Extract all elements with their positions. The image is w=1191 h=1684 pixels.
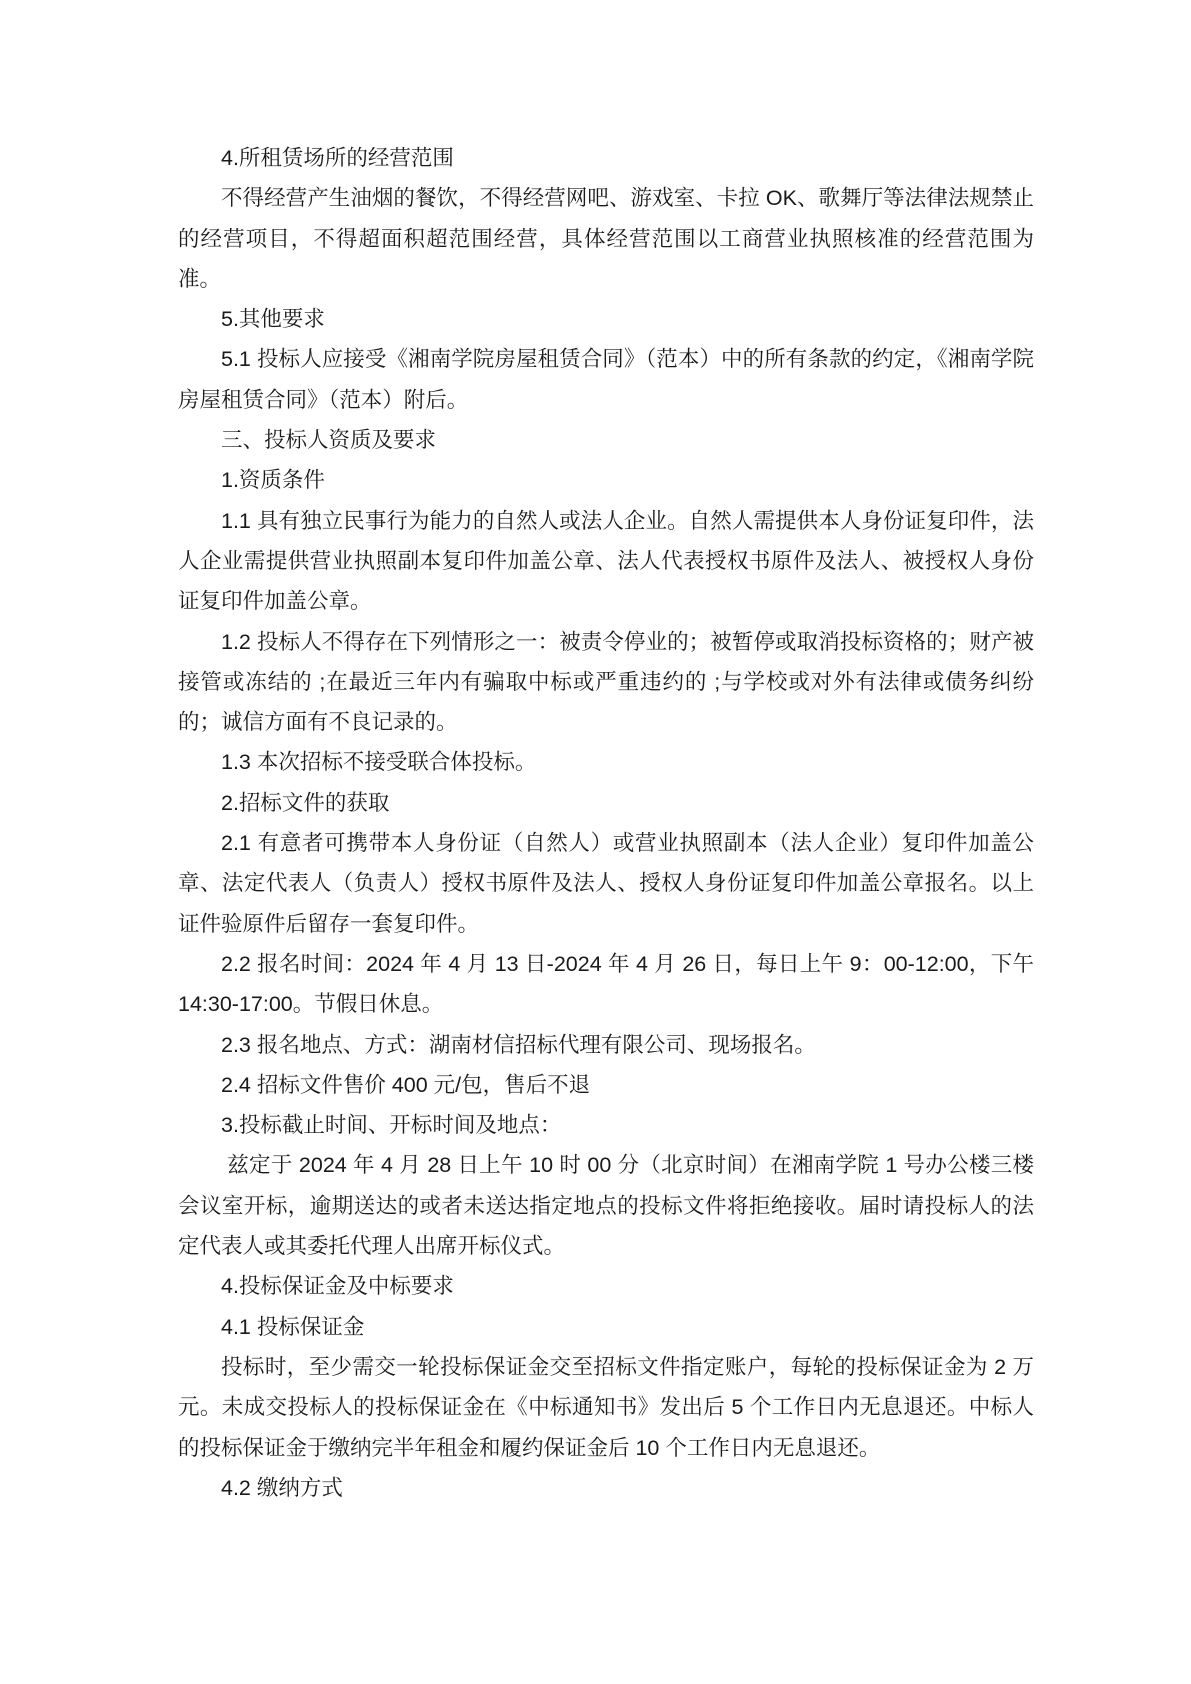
paragraph: 1.3 本次招标不接受联合体投标。: [178, 742, 1034, 782]
paragraph: 1.资质条件: [178, 460, 1034, 500]
paragraph: 2.2 报名时间：2024 年 4 月 13 日-2024 年 4 月 26 日…: [178, 944, 1034, 1025]
paragraph: 2.3 报名地点、方式：湖南材信招标代理有限公司、现场报名。: [178, 1025, 1034, 1065]
paragraph: 5.1 投标人应接受《湘南学院房屋租赁合同》（范本）中的所有条款的约定，《湘南学…: [178, 339, 1034, 420]
paragraph: 2.1 有意者可携带本人身份证（自然人）或营业执照副本（法人企业）复印件加盖公章…: [178, 823, 1034, 944]
paragraph: 2.招标文件的获取: [178, 783, 1034, 823]
document-body: 4.所租赁场所的经营范围 不得经营产生油烟的餐饮，不得经营网吧、游戏室、卡拉 O…: [178, 138, 1034, 1508]
paragraph: 4.所租赁场所的经营范围: [178, 138, 1034, 178]
paragraph: 4.投标保证金及中标要求: [178, 1266, 1034, 1306]
paragraph: 1.2 投标人不得存在下列情形之一：被责令停业的；被暂停或取消投标资格的；财产被…: [178, 622, 1034, 743]
paragraph: 3.投标截止时间、开标时间及地点：: [178, 1105, 1034, 1145]
paragraph: 2.4 招标文件售价 400 元/包，售后不退: [178, 1065, 1034, 1105]
paragraph: 投标时，至少需交一轮投标保证金交至招标文件指定账户，每轮的投标保证金为 2 万元…: [178, 1347, 1034, 1468]
paragraph: 1.1 具有独立民事行为能力的自然人或法人企业。自然人需提供本人身份证复印件，法…: [178, 501, 1034, 622]
paragraph: 4.2 缴纳方式: [178, 1468, 1034, 1508]
paragraph: 不得经营产生油烟的餐饮，不得经营网吧、游戏室、卡拉 OK、歌舞厅等法律法规禁止的…: [178, 178, 1034, 299]
paragraph: 兹定于 2024 年 4 月 28 日上午 10 时 00 分（北京时间）在湘南…: [178, 1145, 1034, 1266]
paragraph: 三、投标人资质及要求: [178, 420, 1034, 460]
paragraph: 4.1 投标保证金: [178, 1307, 1034, 1347]
page: 4.所租赁场所的经营范围 不得经营产生油烟的餐饮，不得经营网吧、游戏室、卡拉 O…: [0, 0, 1191, 1684]
paragraph: 5.其他要求: [178, 299, 1034, 339]
